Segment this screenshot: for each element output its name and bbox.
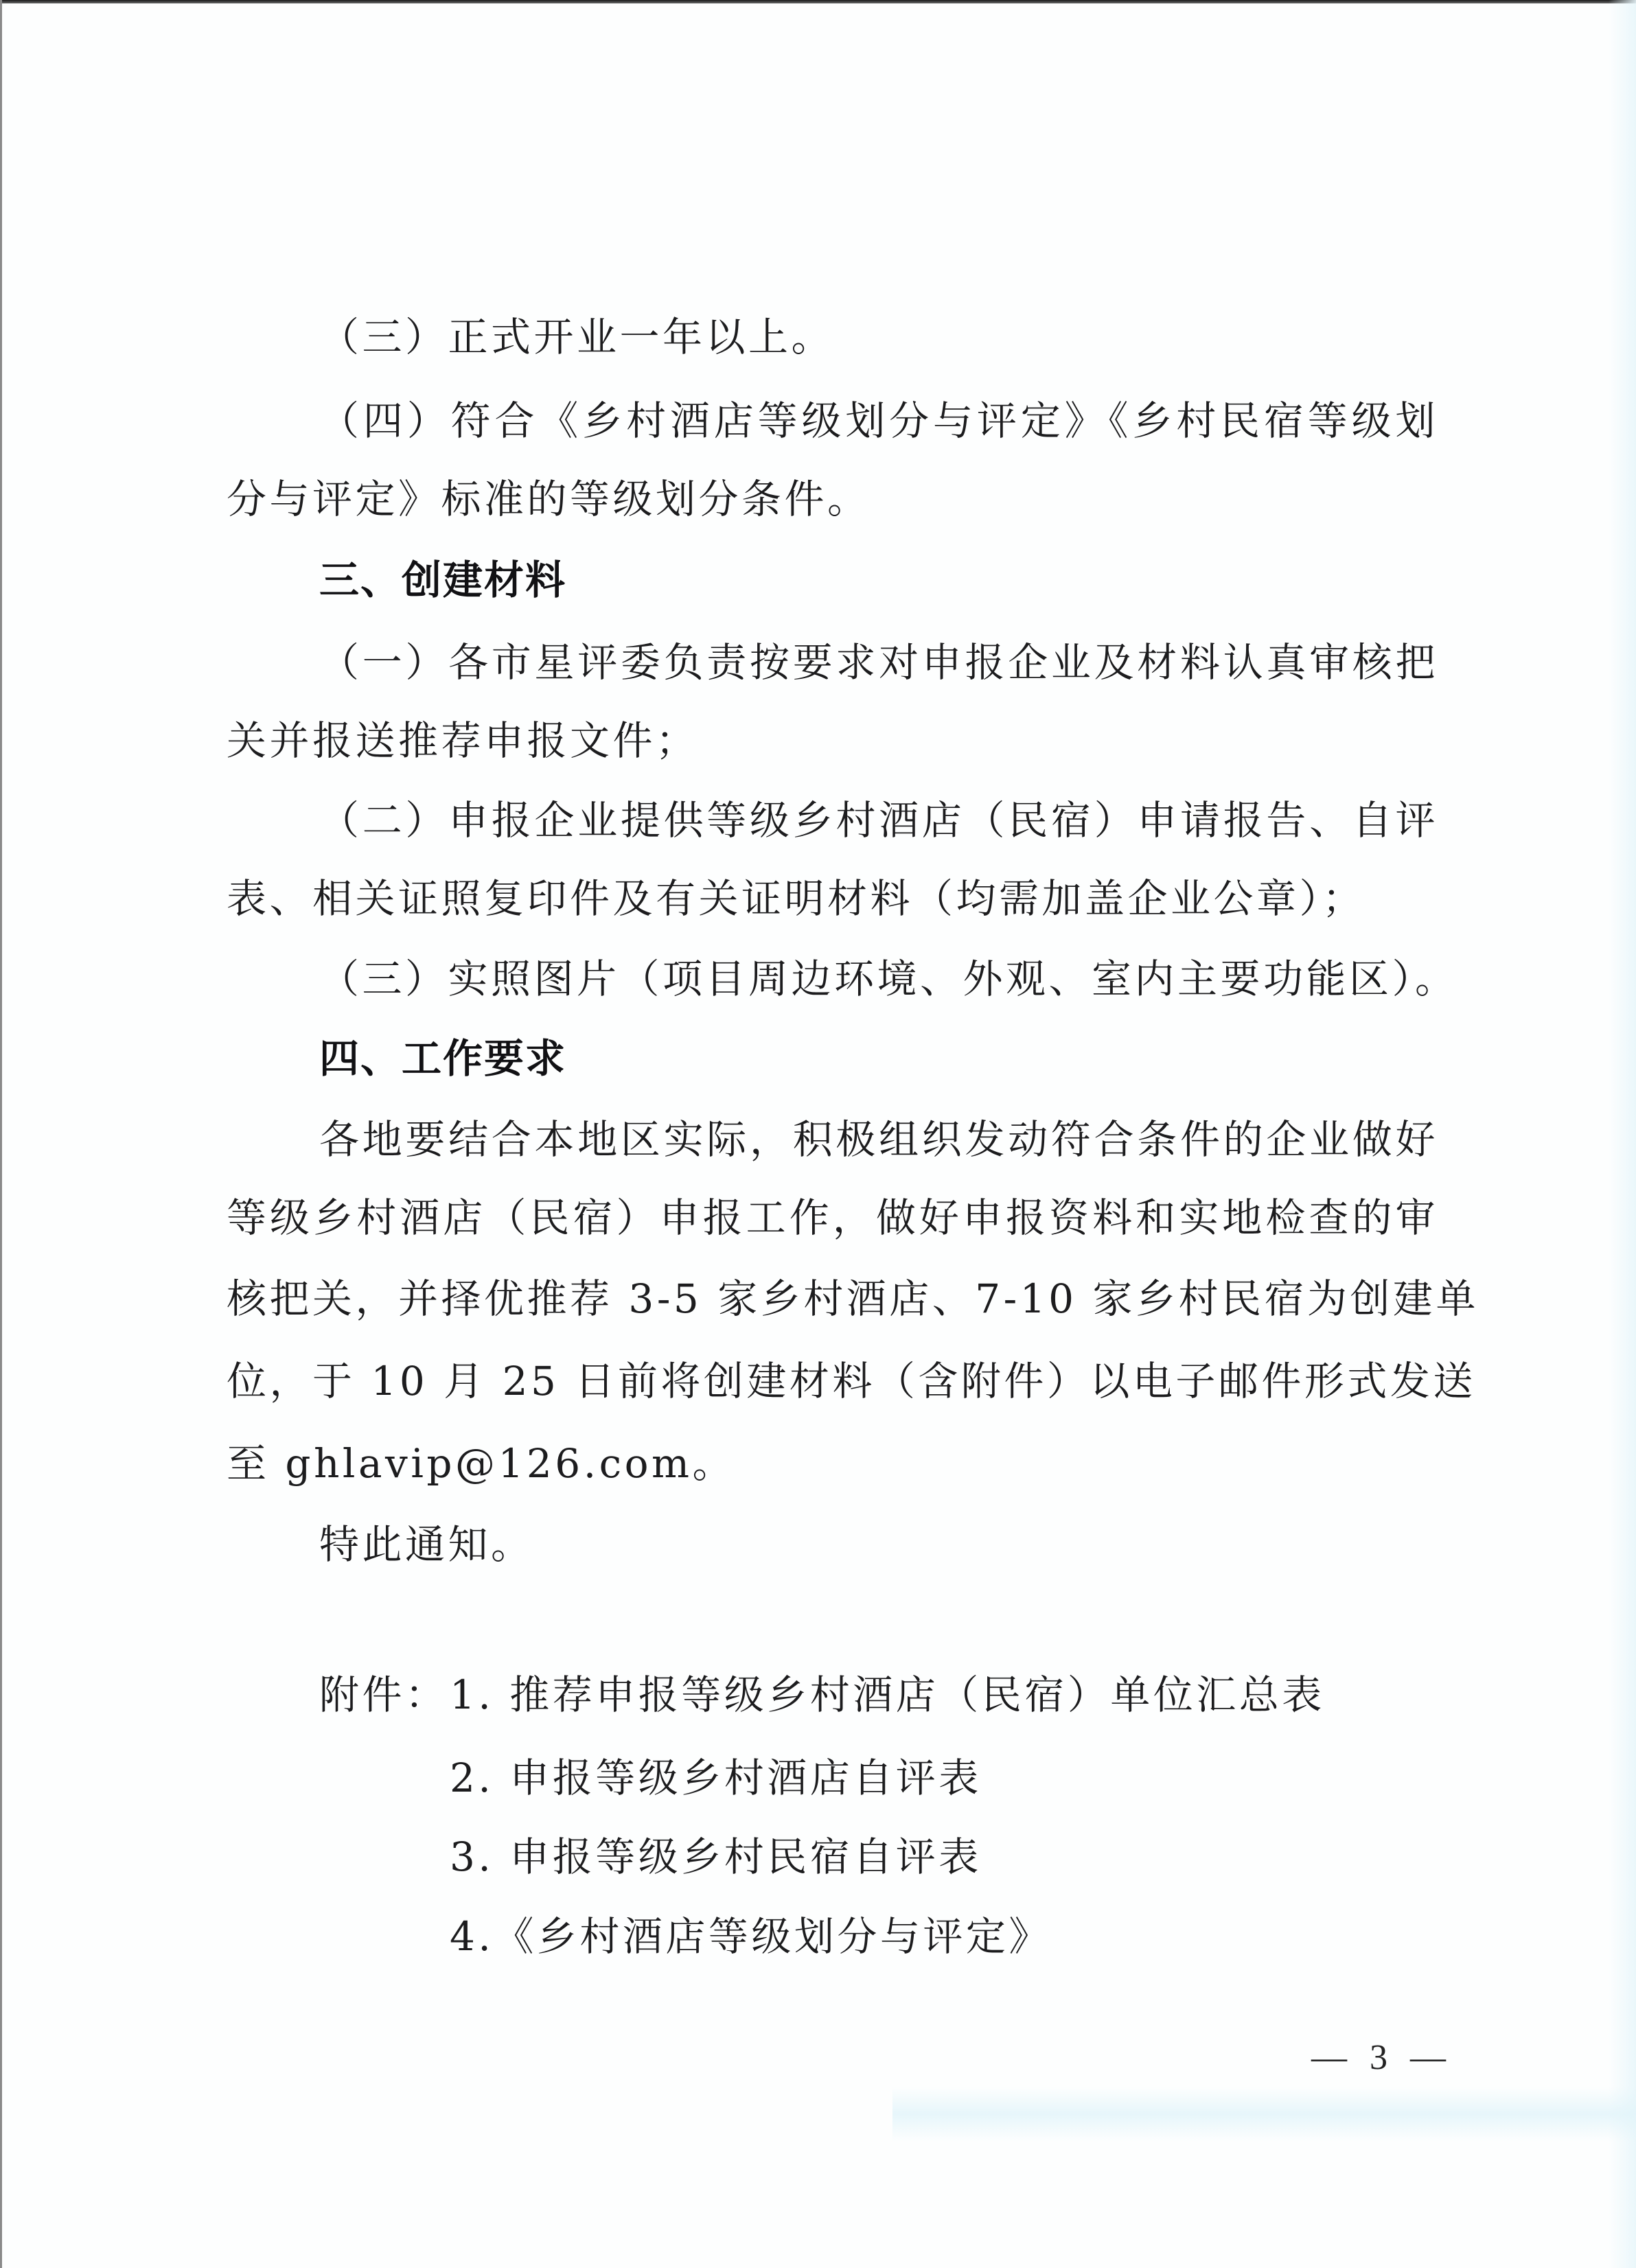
material-3-line-1: （三）实照图片（项目周边环境、外观、室内主要功能区）。 (319, 955, 1458, 1003)
attachment-item-4: 4.《乡村酒店等级划分与评定》 (450, 1912, 1052, 1960)
work-requirements-line-5-email: 至 ghlavip@126.com。 (227, 1439, 735, 1488)
work-requirements-line-1: 各地要结合本地区实际，积极组织发动符合条件的企业做好 (319, 1115, 1438, 1164)
material-2-line-1: （二）申报企业提供等级乡村酒店（民宿）申请报告、自评 (319, 796, 1438, 844)
attachment-item-2: 2. 申报等级乡村酒店自评表 (450, 1754, 982, 1802)
section-heading-materials: 三、创建材料 (319, 556, 566, 604)
requirement-4-line-2: 分与评定》标准的等级划分条件。 (227, 475, 871, 523)
attachment-item-1: 1. 推荐申报等级乡村酒店（民宿）单位汇总表 (450, 1671, 1325, 1719)
page-number: — 3 — (1311, 2037, 1453, 2079)
scan-right-tint (1609, 0, 1636, 2268)
scan-top-edge (0, 0, 1636, 3)
work-requirements-line-2: 等级乡村酒店（民宿）申报工作，做好申报资料和实地检查的审 (227, 1194, 1438, 1242)
requirement-3-line-1: （三）正式开业一年以上。 (319, 313, 834, 361)
work-requirements-line-3: 核把关，并择优推荐 3-5 家乡村酒店、7-10 家乡村民宿为创建单 (227, 1275, 1438, 1323)
scanned-document-page: （三）正式开业一年以上。 （四）符合《乡村酒店等级划分与评定》《乡村民宿等级划 … (0, 0, 1636, 2268)
material-1-line-2: 关并报送推荐申报文件； (227, 717, 699, 765)
attachment-item-3: 3. 申报等级乡村民宿自评表 (450, 1833, 982, 1881)
material-2-line-2: 表、相关证照复印件及有关证明材料（均需加盖企业公章）； (227, 875, 1366, 923)
section-heading-work-requirements: 四、工作要求 (319, 1034, 566, 1083)
attachments-label: 附件： (319, 1671, 448, 1719)
requirement-4-line-1: （四）符合《乡村酒店等级划分与评定》《乡村民宿等级划 (319, 397, 1438, 445)
material-1-line-1: （一）各市星评委负责按要求对申报企业及材料认真审核把 (319, 638, 1438, 686)
scan-left-edge (0, 0, 2, 2268)
work-requirements-line-4: 位，于 10 月 25 日前将创建材料（含附件）以电子邮件形式发送 (227, 1357, 1438, 1405)
closing-statement: 特此通知。 (319, 1520, 534, 1569)
scan-bottom-tint (892, 2087, 1636, 2142)
